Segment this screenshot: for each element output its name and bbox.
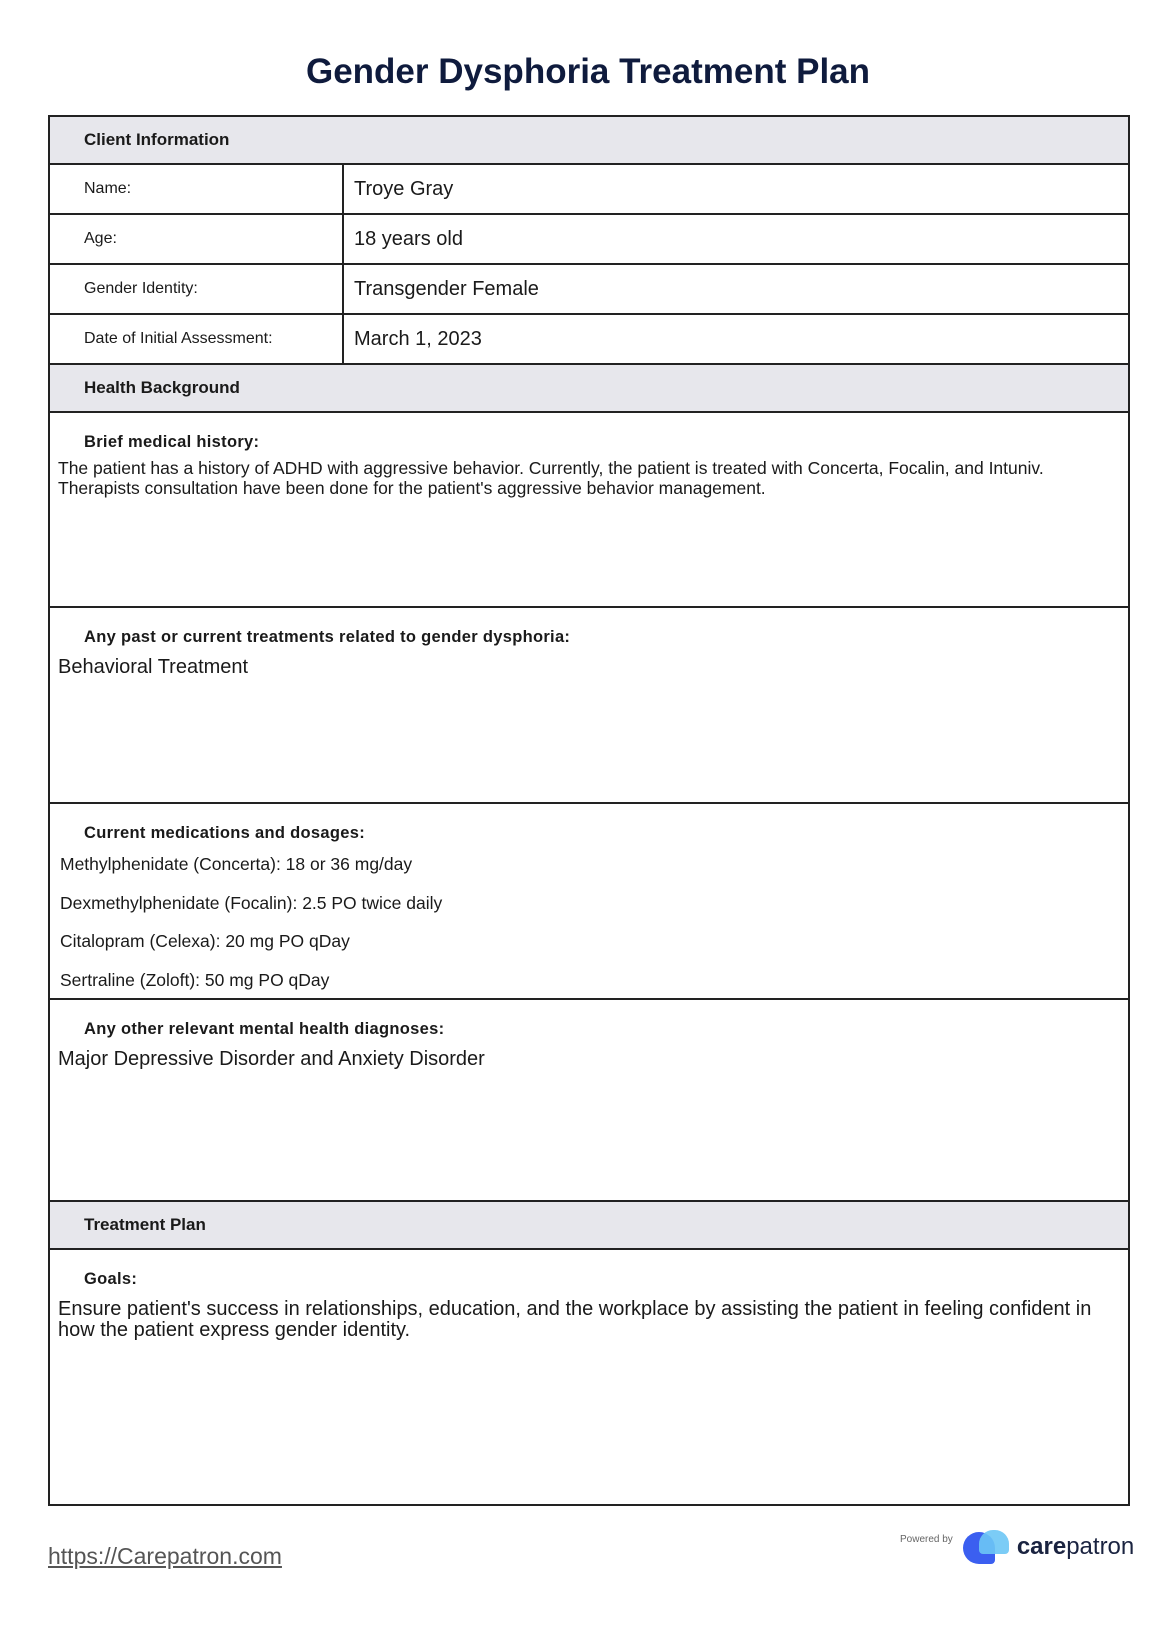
medication-item[interactable]: Sertraline (Zoloft): 50 mg PO qDay — [50, 961, 1128, 1000]
past-treatments-block: Any past or current treatments related t… — [50, 608, 1128, 804]
goals-block: Goals: Ensure patient's success in relat… — [50, 1250, 1128, 1504]
field-label: Age: — [50, 215, 344, 263]
field-row-name: Name: Troye Gray — [50, 165, 1128, 215]
field-label: Gender Identity: — [50, 265, 344, 313]
age-field[interactable]: 18 years old — [344, 215, 1128, 263]
medication-item[interactable]: Citalopram (Celexa): 20 mg PO qDay — [50, 922, 1128, 961]
gender-identity-field[interactable]: Transgender Female — [344, 265, 1128, 313]
other-diagnoses-block: Any other relevant mental health diagnos… — [50, 1000, 1128, 1202]
section-header-treatment-plan: Treatment Plan — [50, 1202, 1128, 1250]
field-row-assessment-date: Date of Initial Assessment: March 1, 202… — [50, 315, 1128, 365]
assessment-date-field[interactable]: March 1, 2023 — [344, 315, 1128, 363]
field-label: Date of Initial Assessment: — [50, 315, 344, 363]
carepatron-logo-icon — [963, 1530, 1011, 1564]
medication-item[interactable]: Dexmethylphenidate (Focalin): 2.5 PO twi… — [50, 884, 1128, 923]
medication-item[interactable]: Methylphenidate (Concerta): 18 or 36 mg/… — [50, 845, 1128, 884]
brand-name: carepatron — [1017, 1533, 1134, 1561]
carepatron-logo[interactable]: Powered by carepatron — [900, 1530, 1134, 1564]
page-title: Gender Dysphoria Treatment Plan — [0, 52, 1176, 92]
goals-field[interactable]: Ensure patient's success in relationship… — [50, 1289, 1128, 1341]
section-header-health-background: Health Background — [50, 365, 1128, 413]
field-row-age: Age: 18 years old — [50, 215, 1128, 265]
other-diagnoses-label: Any other relevant mental health diagnos… — [50, 1000, 1128, 1039]
section-header-client-information: Client Information — [50, 117, 1128, 165]
treatment-plan-form: Client Information Name: Troye Gray Age:… — [48, 115, 1130, 1506]
medical-history-block: Brief medical history: The patient has a… — [50, 413, 1128, 608]
powered-by-label: Powered by — [900, 1534, 953, 1545]
carepatron-link[interactable]: https://Carepatron.com — [48, 1543, 282, 1570]
name-field[interactable]: Troye Gray — [344, 165, 1128, 213]
medical-history-label: Brief medical history: — [50, 413, 1128, 452]
field-label: Name: — [50, 165, 344, 213]
field-row-gender-identity: Gender Identity: Transgender Female — [50, 265, 1128, 315]
medications-label: Current medications and dosages: — [50, 804, 1128, 845]
medications-block: Current medications and dosages: Methylp… — [50, 804, 1128, 1000]
goals-label: Goals: — [50, 1250, 1128, 1289]
past-treatments-field[interactable]: Behavioral Treatment — [50, 647, 1128, 678]
medical-history-field[interactable]: The patient has a history of ADHD with a… — [50, 452, 1128, 498]
other-diagnoses-field[interactable]: Major Depressive Disorder and Anxiety Di… — [50, 1039, 1128, 1070]
past-treatments-label: Any past or current treatments related t… — [50, 608, 1128, 647]
